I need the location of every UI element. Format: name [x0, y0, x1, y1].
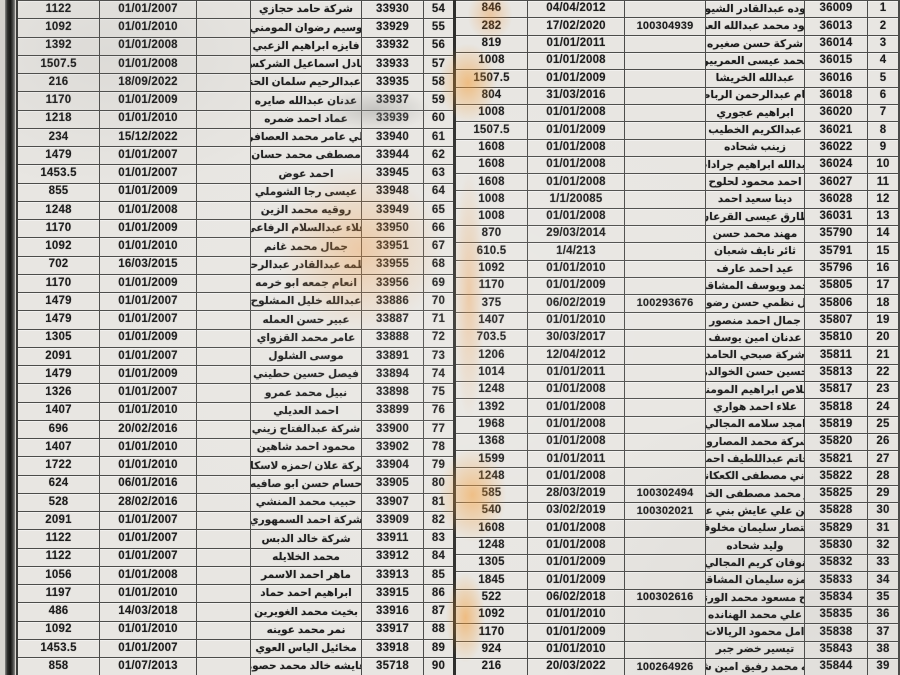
- cell-name: ابراهيم عجوري: [706, 105, 805, 121]
- cell-national-id: [625, 382, 706, 398]
- cell-rownum: 30: [868, 503, 898, 519]
- table-row: 87029/03/2014مهند محمد حسن3579014: [456, 225, 898, 242]
- cell-date: 01/01/2011: [528, 36, 625, 52]
- cell-national-id: [625, 538, 706, 554]
- cell-amount: 585: [456, 486, 528, 502]
- cell-amount: 1122: [18, 1, 100, 18]
- cell-amount: 1608: [456, 174, 528, 190]
- table-row: 117001/01/2009امل محمود الريالات3583837: [456, 623, 898, 640]
- cell-name: حمزه سليمان المشاقبه: [706, 572, 805, 588]
- cell-serial: 35829: [805, 520, 868, 536]
- cell-serial: 35791: [805, 243, 868, 259]
- cell-national-id: [197, 311, 251, 328]
- cell-national-id: [197, 439, 251, 456]
- cell-rownum: 68: [424, 257, 453, 274]
- cell-national-id: [625, 122, 706, 138]
- table-row: 112201/01/2007محمد الخلايله3391284: [18, 548, 453, 566]
- cell-amount: 1507.5: [456, 70, 528, 86]
- cell-serial: 35813: [805, 365, 868, 381]
- cell-amount: 1092: [456, 607, 528, 623]
- cell-serial: 35810: [805, 330, 868, 346]
- cell-national-id: [625, 261, 706, 277]
- cell-amount: 486: [18, 603, 100, 620]
- cell-name: شركة احمد السمهوري: [251, 512, 362, 529]
- cell-serial: 35834: [805, 590, 868, 606]
- cell-serial: 36022: [805, 140, 868, 156]
- cell-date: 06/02/2019: [528, 295, 625, 311]
- cell-rownum: 17: [868, 278, 898, 294]
- cell-national-id: [625, 399, 706, 415]
- cell-amount: 1479: [18, 366, 100, 383]
- cell-date: 01/07/2013: [100, 658, 197, 675]
- cell-serial: 33918: [362, 640, 424, 657]
- cell-amount: 540: [456, 503, 528, 519]
- table-row: 196801/01/2008امجد سلامه المجالي3581925: [456, 416, 898, 433]
- table-row: 147901/01/2007عبدالله خليل المشلوح338867…: [18, 292, 453, 310]
- cell-date: 06/02/2018: [528, 590, 625, 606]
- cell-name: روقيه محمد الزين: [251, 202, 362, 219]
- cell-national-id: 100302021: [625, 503, 706, 519]
- cell-amount: 819: [456, 36, 528, 52]
- cell-name: بسام عبدالرحمن الرباطي: [706, 88, 805, 104]
- cell-name: موسى الشلول: [251, 348, 362, 365]
- table-row: 124801/01/2008هاني مصطفى الكعكاني3582228: [456, 467, 898, 484]
- cell-rownum: 15: [868, 243, 898, 259]
- cell-serial: 36009: [805, 1, 868, 17]
- cell-name: نبيل محمد عمرو: [251, 384, 362, 401]
- cell-rownum: 29: [868, 486, 898, 502]
- cell-rownum: 2: [868, 18, 898, 34]
- cell-name: اسامه محمد رفيق امين شحاده: [706, 659, 805, 675]
- table-row: 117001/01/2009عدنان عبدالله صايره3393759: [18, 91, 453, 109]
- cell-national-id: [625, 140, 706, 156]
- table-row: 37506/02/2019100293676امل نظمي حسن رضوان…: [456, 294, 898, 311]
- table-row: 100801/01/2008ابراهيم عجوري360207: [456, 104, 898, 121]
- cell-rownum: 12: [868, 191, 898, 207]
- cell-name: شركة حسن صغيره: [706, 36, 805, 52]
- cell-national-id: [197, 348, 251, 365]
- cell-name: محمد عيسى العمريين: [706, 53, 805, 69]
- cell-serial: 35807: [805, 313, 868, 329]
- cell-national-id: [625, 451, 706, 467]
- cell-national-id: [625, 365, 706, 381]
- cell-rownum: 5: [868, 70, 898, 86]
- cell-serial: 33935: [362, 74, 424, 91]
- cell-amount: 804: [456, 88, 528, 104]
- cell-date: 04/04/2012: [528, 1, 625, 17]
- cell-rownum: 22: [868, 365, 898, 381]
- table-row: 136801/01/2008شركة محمد المصاروه3582026: [456, 433, 898, 450]
- cell-date: 01/01/2010: [528, 313, 625, 329]
- cell-serial: 36024: [805, 157, 868, 173]
- cell-rownum: 56: [424, 38, 453, 55]
- cell-amount: 1092: [18, 19, 100, 36]
- cell-name: احمد عوض: [251, 165, 362, 182]
- cell-serial: 33939: [362, 111, 424, 128]
- cell-name: ابراهيم احمد حماد: [251, 585, 362, 602]
- cell-name: عبدالله الخريشا: [706, 70, 805, 86]
- cell-name: فايزه ابراهيم الزعبي: [251, 38, 362, 55]
- cell-amount: 1170: [18, 220, 100, 237]
- cell-rownum: 88: [424, 622, 453, 639]
- table-row: 160801/01/2008زينب شحاده360229: [456, 139, 898, 156]
- cell-amount: 1599: [456, 451, 528, 467]
- cell-name: تيسير خضر جبر: [706, 642, 805, 658]
- cell-national-id: [197, 640, 251, 657]
- cell-amount: 1968: [456, 417, 528, 433]
- cell-rownum: 72: [424, 330, 453, 347]
- cell-rownum: 7: [868, 105, 898, 121]
- table-row: 48614/03/2018بخيت محمد الغويرين3391687: [18, 602, 453, 620]
- cell-national-id: [197, 512, 251, 529]
- table-row: 1507.501/01/2008عادل اسماعيل الشركس33933…: [18, 55, 453, 73]
- cell-serial: 33899: [362, 403, 424, 420]
- cell-amount: 1092: [18, 622, 100, 639]
- cell-date: 01/01/2009: [528, 572, 625, 588]
- cell-national-id: [625, 520, 706, 536]
- cell-serial: 35844: [805, 659, 868, 675]
- cell-national-id: [625, 347, 706, 363]
- cell-amount: 216: [18, 74, 100, 91]
- table-row: 124801/01/2008وليد شحاده3583032: [456, 537, 898, 554]
- cell-amount: 1305: [18, 330, 100, 347]
- cell-name: شركة خالد الدبس: [251, 530, 362, 547]
- cell-name: شركة صبحي الحامد: [706, 347, 805, 363]
- cell-serial: 35811: [805, 347, 868, 363]
- cell-serial: 36020: [805, 105, 868, 121]
- cell-rownum: 70: [424, 293, 453, 310]
- cell-date: 01/01/2007: [100, 384, 197, 401]
- table-row: 140701/01/2010محمود احمد شاهين3390278: [18, 438, 453, 456]
- cell-national-id: [625, 434, 706, 450]
- cell-date: 01/01/2008: [528, 53, 625, 69]
- table-row: 117001/01/2009علاء عبدالسلام الرفاعي3395…: [18, 219, 453, 237]
- cell-national-id: 100264926: [625, 659, 706, 675]
- cell-name: دينا سعيد احمد: [706, 191, 805, 207]
- cell-serial: 35796: [805, 261, 868, 277]
- cell-rownum: 39: [868, 659, 898, 675]
- cell-amount: 855: [18, 184, 100, 201]
- cell-rownum: 66: [424, 220, 453, 237]
- scan-left-edge: [5, 0, 15, 675]
- cell-amount: 610.5: [456, 243, 528, 259]
- cell-rownum: 63: [424, 165, 453, 182]
- cell-name: هاني مصطفى الكعكاني: [706, 468, 805, 484]
- cell-date: 01/01/2009: [100, 184, 197, 201]
- cell-rownum: 69: [424, 275, 453, 292]
- cell-rownum: 6: [868, 88, 898, 104]
- cell-rownum: 73: [424, 348, 453, 365]
- cell-serial: 35805: [805, 278, 868, 294]
- cell-amount: 2091: [18, 512, 100, 529]
- cell-date: 01/01/2009: [100, 330, 197, 347]
- cell-national-id: [197, 129, 251, 146]
- cell-date: 20/02/2016: [100, 421, 197, 438]
- cell-name: علاء احمد هواري: [706, 399, 805, 415]
- cell-name: احمد ويوسف المشاقبه: [706, 278, 805, 294]
- table-row: 610.51/4/213ثائر نايف شعبان3579115: [456, 242, 898, 259]
- cell-national-id: [625, 1, 706, 17]
- cell-amount: 1845: [456, 572, 528, 588]
- cell-rownum: 90: [424, 658, 453, 675]
- cell-amount: 1008: [456, 53, 528, 69]
- cell-serial: 33951: [362, 238, 424, 255]
- cell-amount: 624: [18, 476, 100, 493]
- cell-rownum: 87: [424, 603, 453, 620]
- cell-serial: 33894: [362, 366, 424, 383]
- cell-national-id: [197, 220, 251, 237]
- cell-date: 01/01/2008: [528, 140, 625, 156]
- cell-national-id: [197, 38, 251, 55]
- cell-amount: 1170: [456, 624, 528, 640]
- cell-national-id: [197, 111, 251, 128]
- cell-serial: 33945: [362, 165, 424, 182]
- cell-rownum: 11: [868, 174, 898, 190]
- table-row: 54003/02/2019100302021نسرين علي عايش بني…: [456, 502, 898, 519]
- cell-date: 01/01/2008: [100, 56, 197, 73]
- cell-rownum: 71: [424, 311, 453, 328]
- cell-rownum: 10: [868, 157, 898, 173]
- cell-serial: 35838: [805, 624, 868, 640]
- cell-amount: 1122: [18, 530, 100, 547]
- cell-national-id: 100302494: [625, 486, 706, 502]
- cell-name: امجد سلامه المجالي: [706, 417, 805, 433]
- cell-national-id: [197, 184, 251, 201]
- cell-national-id: [197, 585, 251, 602]
- cell-rownum: 82: [424, 512, 453, 529]
- cell-serial: 33886: [362, 293, 424, 310]
- cell-serial: 35817: [805, 382, 868, 398]
- cell-amount: 1479: [18, 293, 100, 310]
- cell-serial: 33937: [362, 92, 424, 109]
- cell-national-id: [197, 74, 251, 91]
- table-row: 130501/01/2009عامر محمد القزواي3388872: [18, 329, 453, 347]
- table-row: 132601/01/2007نبيل محمد عمرو3389875: [18, 383, 453, 401]
- cell-rownum: 59: [424, 92, 453, 109]
- cell-national-id: [197, 567, 251, 584]
- scanned-document-page: 112201/01/2007شركة حامد حجازي33930541092…: [0, 0, 900, 675]
- table-row: 100801/01/2008طارق عيسى القرعان3603113: [456, 208, 898, 225]
- cell-name: صالح مسعود محمد الورتاني: [706, 590, 805, 606]
- cell-name: فاطمه عبدالقادر عبدالرحمن: [251, 257, 362, 274]
- cell-date: 01/01/2009: [528, 122, 625, 138]
- cell-national-id: [625, 642, 706, 658]
- cell-date: 01/01/2008: [528, 157, 625, 173]
- cell-name: امل محمود الريالات: [706, 624, 805, 640]
- cell-date: 01/01/2009: [100, 275, 197, 292]
- cell-rownum: 80: [424, 476, 453, 493]
- cell-name: فيصل حسين حطيني: [251, 366, 362, 383]
- cell-name: جمال محمد غانم: [251, 238, 362, 255]
- cell-national-id: [197, 384, 251, 401]
- cell-amount: 216: [456, 659, 528, 675]
- cell-rownum: 33: [868, 555, 898, 571]
- cell-national-id: [625, 243, 706, 259]
- cell-amount: 1722: [18, 457, 100, 474]
- cell-date: 01/01/2010: [528, 261, 625, 277]
- cell-rownum: 67: [424, 238, 453, 255]
- cell-rownum: 58: [424, 74, 453, 91]
- table-row: 1453.501/01/2007احمد عوض3394563: [18, 164, 453, 182]
- cell-national-id: [197, 238, 251, 255]
- cell-serial: 35818: [805, 399, 868, 415]
- cell-rownum: 37: [868, 624, 898, 640]
- table-row: 85501/01/2009عيسى رجا الشوملي3394864: [18, 183, 453, 201]
- cell-name: ثائر نايف شعبان: [706, 243, 805, 259]
- cell-rownum: 77: [424, 421, 453, 438]
- cell-date: 01/01/2007: [100, 512, 197, 529]
- table-row: 117001/01/2009احمد ويوسف المشاقبه3580517: [456, 277, 898, 294]
- cell-amount: 1407: [18, 439, 100, 456]
- cell-date: 01/01/2008: [528, 209, 625, 225]
- cell-rownum: 75: [424, 384, 453, 401]
- cell-date: 1/1/20085: [528, 191, 625, 207]
- table-row: 1453.501/01/2007مخائيل الياس العوي339188…: [18, 639, 453, 657]
- cell-serial: 33904: [362, 457, 424, 474]
- cell-amount: 858: [18, 658, 100, 675]
- cell-amount: 1092: [456, 261, 528, 277]
- cell-name: نوفان كريم المجالي: [706, 555, 805, 571]
- cell-date: 01/01/2010: [528, 642, 625, 658]
- cell-name: نسرين علي عايش بني عيسى: [706, 503, 805, 519]
- cell-national-id: [625, 174, 706, 190]
- cell-national-id: [197, 202, 251, 219]
- cell-date: 01/01/2009: [528, 555, 625, 571]
- cell-serial: 35821: [805, 451, 868, 467]
- cell-name: مهند محمد حسن: [706, 226, 805, 242]
- cell-name: انعام جمعه ابو خرمه: [251, 275, 362, 292]
- table-row: 69620/02/2016شركة عبدالفتاح زيني3390077: [18, 420, 453, 438]
- cell-amount: 1170: [18, 275, 100, 292]
- cell-name: عوده عبدالقادر الشيوخ: [706, 1, 805, 17]
- cell-serial: 36015: [805, 53, 868, 69]
- cell-date: 01/01/2010: [100, 19, 197, 36]
- cell-serial: 36014: [805, 36, 868, 52]
- cell-rownum: 78: [424, 439, 453, 456]
- cell-date: 01/01/2009: [528, 70, 625, 86]
- table-row: 109201/01/2010علي محمد الهنانده3583536: [456, 606, 898, 623]
- cell-date: 01/01/2008: [100, 567, 197, 584]
- cell-name: محمود محمد عبدالله العبادي: [706, 18, 805, 34]
- cell-date: 01/01/2007: [100, 165, 197, 182]
- cell-date: 01/01/2008: [528, 382, 625, 398]
- cell-rownum: 65: [424, 202, 453, 219]
- cell-date: 01/01/2007: [100, 311, 197, 328]
- cell-name: شركة محمد المصاروه: [706, 434, 805, 450]
- cell-date: 01/01/2007: [100, 147, 197, 164]
- cell-amount: 1392: [18, 38, 100, 55]
- cell-date: 01/01/2009: [528, 278, 625, 294]
- cell-serial: 35806: [805, 295, 868, 311]
- cell-rownum: 1: [868, 1, 898, 17]
- cell-serial: 35819: [805, 417, 868, 433]
- table-row: 209101/01/2007موسى الشلول3389173: [18, 347, 453, 365]
- cell-date: 01/01/2011: [528, 365, 625, 381]
- cell-serial: 33955: [362, 257, 424, 274]
- cell-national-id: [625, 278, 706, 294]
- cell-serial: 33888: [362, 330, 424, 347]
- cell-name: مخائيل الياس العوي: [251, 640, 362, 657]
- cell-serial: 33887: [362, 311, 424, 328]
- cell-amount: 1248: [456, 382, 528, 398]
- cell-national-id: [625, 105, 706, 121]
- right-page-table: 84604/04/2012عوده عبدالقادر الشيوخ360091…: [453, 0, 900, 675]
- cell-national-id: [197, 622, 251, 639]
- cell-name: حسام حسن ابو صافيه: [251, 476, 362, 493]
- table-row: 21620/03/2022100264926اسامه محمد رفيق ام…: [456, 658, 898, 675]
- table-row: 147901/01/2007عبير حسن العمله3388771: [18, 310, 453, 328]
- table-row: 109201/01/2010نمر محمد عوينه3391788: [18, 621, 453, 639]
- cell-serial: 33915: [362, 585, 424, 602]
- cell-date: 28/02/2016: [100, 494, 197, 511]
- cell-rownum: 31: [868, 520, 898, 536]
- cell-national-id: [197, 457, 251, 474]
- cell-name: عيسى رجا الشوملي: [251, 184, 362, 201]
- cell-date: 01/01/2010: [100, 585, 197, 602]
- cell-national-id: [197, 275, 251, 292]
- cell-national-id: [625, 157, 706, 173]
- cell-amount: 846: [456, 1, 528, 17]
- cell-date: 01/01/2009: [528, 624, 625, 640]
- table-row: 160801/01/2008عبدالله ابراهيم جرادات3602…: [456, 156, 898, 173]
- cell-date: 01/01/2008: [528, 434, 625, 450]
- table-row: 85801/07/2013عايشه خالد محمد حصوه3571890: [18, 657, 453, 675]
- cell-name: احمد محمود لحلوح: [706, 174, 805, 190]
- cell-date: 01/01/2008: [100, 38, 197, 55]
- cell-name: نايه عبدالرحيم سلمان الحنيني: [251, 74, 362, 91]
- cell-serial: 33902: [362, 439, 424, 456]
- table-row: 1507.501/01/2009عبدالكريم الخطيب360218: [456, 121, 898, 138]
- table-row: 81901/01/2011شركة حسن صغيره360143: [456, 35, 898, 52]
- cell-amount: 1014: [456, 365, 528, 381]
- cell-serial: 33949: [362, 202, 424, 219]
- cell-serial: 36021: [805, 122, 868, 138]
- cell-name: حاتم عبداللطيف احمد: [706, 451, 805, 467]
- table-row: 140701/01/2010جمال احمد منصور3580719: [456, 312, 898, 329]
- table-row: 160801/01/2008انتصار سليمان مخلوف3582931: [456, 519, 898, 536]
- cell-rownum: 3: [868, 36, 898, 52]
- table-row: 58528/03/2019100302494عامر محمد مصطفى ال…: [456, 485, 898, 502]
- cell-serial: 33932: [362, 38, 424, 55]
- cell-serial: 33930: [362, 1, 424, 18]
- cell-name: عبدالله خليل المشلوح: [251, 293, 362, 310]
- cell-rownum: 27: [868, 451, 898, 467]
- cell-serial: 36027: [805, 174, 868, 190]
- cell-amount: 924: [456, 642, 528, 658]
- cell-amount: 1248: [18, 202, 100, 219]
- cell-rownum: 14: [868, 226, 898, 242]
- cell-serial: 35832: [805, 555, 868, 571]
- table-row: 100801/01/2008محمد عيسى العمريين360154: [456, 52, 898, 69]
- table-row: 159901/01/2011حاتم عبداللطيف احمد3582127: [456, 450, 898, 467]
- cell-rownum: 81: [424, 494, 453, 511]
- cell-amount: 1248: [456, 538, 528, 554]
- cell-name: وسيم رضوان المومني: [251, 19, 362, 36]
- cell-serial: 33917: [362, 622, 424, 639]
- cell-serial: 35825: [805, 486, 868, 502]
- cell-amount: 528: [18, 494, 100, 511]
- table-row: 52828/02/2016حبيب محمد المنشي3390781: [18, 493, 453, 511]
- cell-national-id: [197, 603, 251, 620]
- cell-amount: 1368: [456, 434, 528, 450]
- cell-date: 01/01/2010: [100, 439, 197, 456]
- cell-national-id: [625, 36, 706, 52]
- cell-date: 01/01/2008: [528, 105, 625, 121]
- table-row: 139201/01/2008فايزه ابراهيم الزعبي339325…: [18, 37, 453, 55]
- cell-date: 01/01/2008: [100, 202, 197, 219]
- cell-name: طارق عيسى القرعان: [706, 209, 805, 225]
- cell-serial: 36018: [805, 88, 868, 104]
